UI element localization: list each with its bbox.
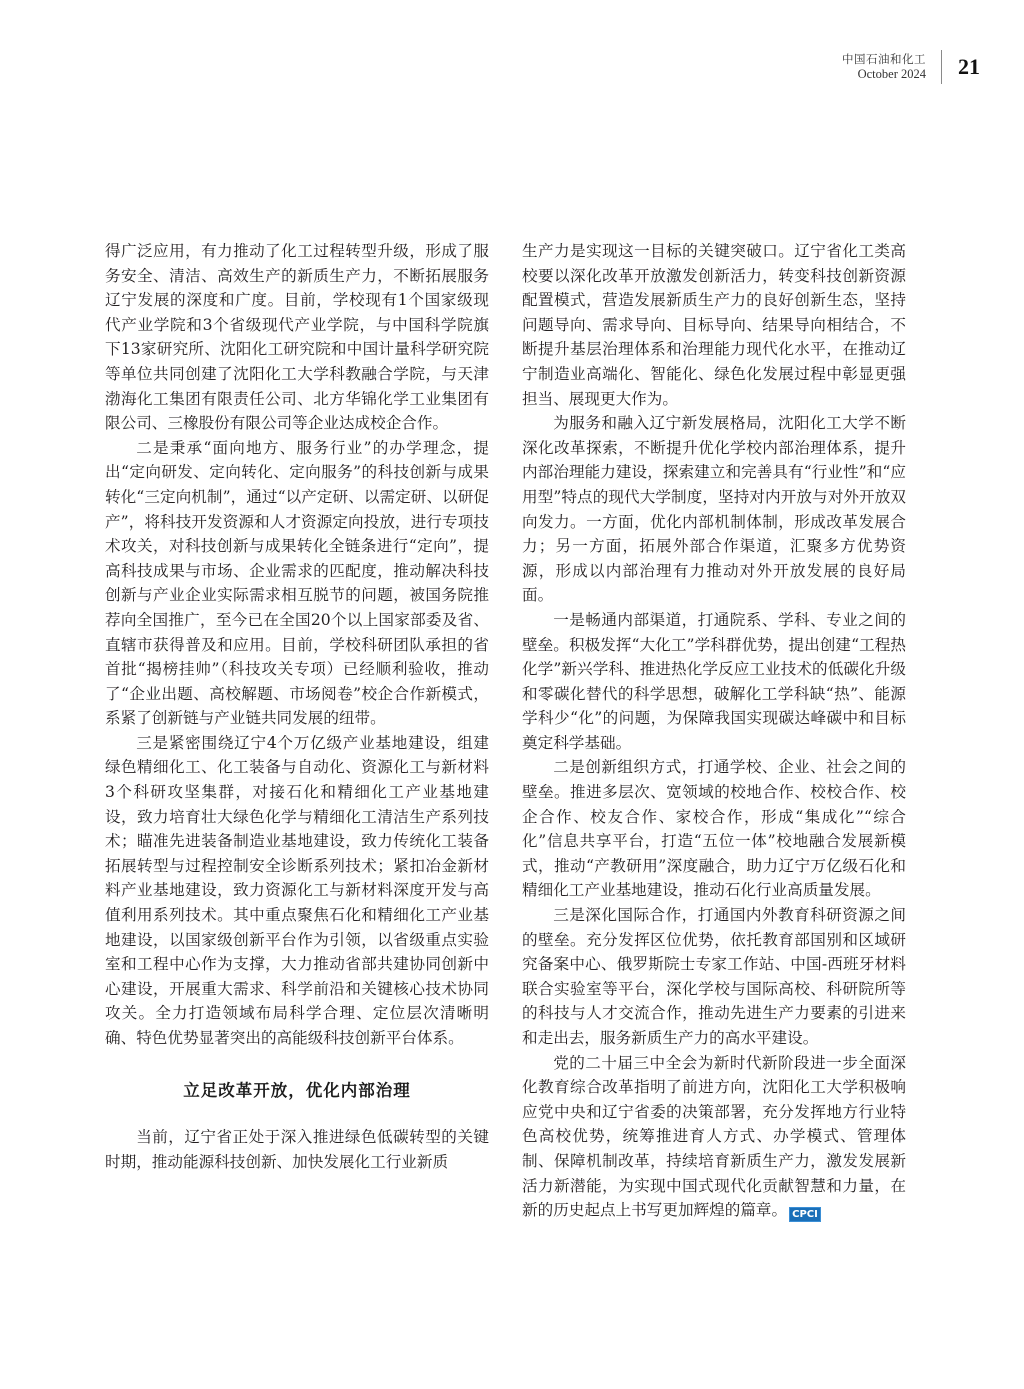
paragraph: 一是畅通内部渠道，打通院系、学科、专业之间的壁垒。积极发挥“大化工”学科群优势，… [522, 608, 906, 756]
section-heading: 立足改革开放，优化内部治理 [105, 1079, 489, 1104]
page-header: 中国石油和化工 October 2024 21 [724, 50, 1024, 90]
paragraph-continued: 得广泛应用，有力推动了化工过程转型升级，形成了服务安全、清洁、高效生产的新质生产… [105, 239, 489, 436]
header-divider [941, 50, 942, 84]
paragraph-final: 党的二十届三中全会为新时代新阶段进一步全面深化教育综合改革指明了前进方向，沈阳化… [522, 1051, 906, 1223]
paragraph: 二是秉承“面向地方、服务行业”的办学理念，提出“定向研发、定向转化、定向服务”的… [105, 436, 489, 731]
paragraph-continued: 生产力是实现这一目标的关键突破口。辽宁省化工类高校要以深化改革开放激发创新活力，… [522, 239, 906, 411]
paragraph: 三是紧密围绕辽宁4个万亿级产业基地建设，组建绿色精细化工、化工装备与自动化、资源… [105, 731, 489, 1051]
left-column: 得广泛应用，有力推动了化工过程转型升级，形成了服务安全、清洁、高效生产的新质生产… [105, 239, 489, 1174]
paragraph: 三是深化国际合作，打通国内外教育科研资源之间的壁垒。充分发挥区位优势，依托教育部… [522, 903, 906, 1051]
page-number: 21 [958, 54, 980, 80]
paragraph: 二是创新组织方式，打通学校、企业、社会之间的壁垒。推进多层次、宽领域的校地合作、… [522, 755, 906, 903]
paragraph: 为服务和融入辽宁新发展格局，沈阳化工大学不断深化改革探索，不断提升优化学校内部治… [522, 411, 906, 608]
running-header: 中国石油和化工 October 2024 [842, 52, 926, 82]
journal-title: 中国石油和化工 [842, 52, 926, 67]
issue-date: October 2024 [842, 67, 926, 82]
cpci-logo-icon: CPCI [789, 1207, 821, 1222]
right-column: 生产力是实现这一目标的关键突破口。辽宁省化工类高校要以深化改革开放激发创新活力，… [522, 239, 906, 1223]
final-paragraph-text: 党的二十届三中全会为新时代新阶段进一步全面深化教育综合改革指明了前进方向，沈阳化… [522, 1054, 906, 1220]
paragraph: 当前，辽宁省正处于深入推进绿色低碳转型的关键时期，推动能源科技创新、加快发展化工… [105, 1125, 489, 1174]
